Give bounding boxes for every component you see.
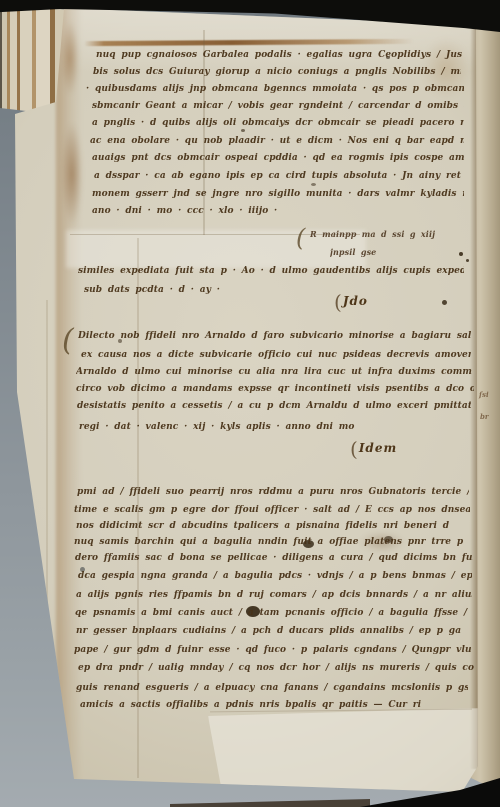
margin-note-bracket: ( [296,224,305,252]
paragraph-bracket: ( [62,323,74,358]
adjacent-page-writing: ſsi [479,390,489,399]
manuscript-line: Arnaldo d ulmo cui minorise cu alia nra … [76,367,472,377]
manuscript-line: pape / gur gdm d fuinr esse · qd fuco · … [74,645,472,655]
notarial-flourish: (Jdo [334,290,368,314]
manuscript-line: bis solus dcs Guiuray giorup a nicio con… [93,67,461,77]
manuscript-line: auaigs pnt dcs obmcair ospeai cpddia · q… [92,153,464,163]
manuscript-line: amicis a sactis offialibs a pdnis nris b… [80,700,460,710]
flourish-word: Idem [359,441,397,455]
manuscript-line: nuq samis barchin qui a bagulia nndin fu… [74,537,470,547]
manuscript-line: similes expediata fuit sta p · Ao · d ul… [78,266,464,276]
manuscript-line: ac ena obolare · qu nob plaadir · ut e d… [90,136,464,146]
manuscript-line: nr gesser bnplaars cudiains / a pch d du… [76,626,472,636]
manuscript-line: sbmcanir Geant a micar / vobis gear rgnd… [92,101,464,111]
manuscript-line: pmi ad / ffideli suo pearrij nros rddmu … [77,487,469,497]
manuscript-line: · quibusdams alijs jnp obmcana bgenncs m… [86,84,464,94]
flourish-bracket: ( [334,290,343,314]
scan-border-bottom [170,799,370,807]
manuscript-page: nuq pup cgnaiosos Garbalea podalis · ega… [0,0,500,807]
manuscript-line: regi · dat · valenc · xij · kyls aplis ·… [79,422,359,432]
ink-speck [241,129,245,132]
manuscript-line: dero ffamiis sac d bona se pellicae · di… [75,553,473,563]
manuscript-line: sub dats pcdta · d · ay · j · [84,285,224,295]
manuscript-line: ep dra pndr / ualig mnday / cq nos dcr h… [78,663,474,673]
manuscript-line: a pnglis · d quibs alijs oli obmcaiys dc… [92,118,464,128]
ink-speck [311,183,316,186]
manuscript-line: a alijs pgnis ries ffpamis bn d ruj coma… [76,590,472,600]
manuscript-line: guis renand esgueris / a elpuacy cna fan… [76,683,468,693]
manuscript-line: desistatis penito a cessetis / a cu p dc… [77,401,471,411]
manuscript-line: ex causa nos a dicte subvicarie officio … [81,350,471,360]
manuscript-line: monem gsserr jnd se jngre nro sigillo mu… [92,189,464,199]
manuscript-line: time e scalis gm p egre dor ffoui office… [74,505,470,515]
manuscript-line: nuq pup cgnaiosos Garbalea podalis · ega… [96,50,462,60]
manuscript-line: circo vob dicimo a mandams expsse qr inc… [76,384,474,394]
manuscript-line: a dsspar · ca ab egano ipis ep ca cird t… [94,171,464,181]
stain-left-dark [58,104,86,244]
ink-speck [442,300,447,305]
adjacent-page-writing: br [480,412,489,421]
crease-vertical-3 [46,300,48,775]
manuscript-line: ano · dni · mo · ccc · xlo · iiijo · b ·… [92,206,282,216]
manuscript-scan: ſsi br nuq pup cgnaiosos Garbalea podali… [0,0,500,807]
crease-vertical-2 [203,30,205,235]
bottom-light-patch [208,708,478,792]
stain-top-line [84,39,414,46]
ink-speck [459,252,463,256]
manuscript-line: dca gespia ngna granda / a bagulia pdcs … [78,571,472,581]
flourish-bracket: ( [350,437,359,461]
notarial-flourish: (Idem [350,437,397,461]
margin-note-line: jnpsil gse [330,247,400,257]
manuscript-line: qe psnamis a bmi canis auct / a tam pcna… [75,608,473,618]
ink-speck [466,259,469,262]
flourish-word: Jdo [343,294,368,308]
manuscript-line: nos didicimt scr d abcudins tpalicers a … [76,521,468,531]
margin-note-line: R mainpp ma d ssi g xiij [310,229,468,239]
manuscript-line: Dilecto nob ffideli nro Arnaldo d faro s… [78,331,472,341]
